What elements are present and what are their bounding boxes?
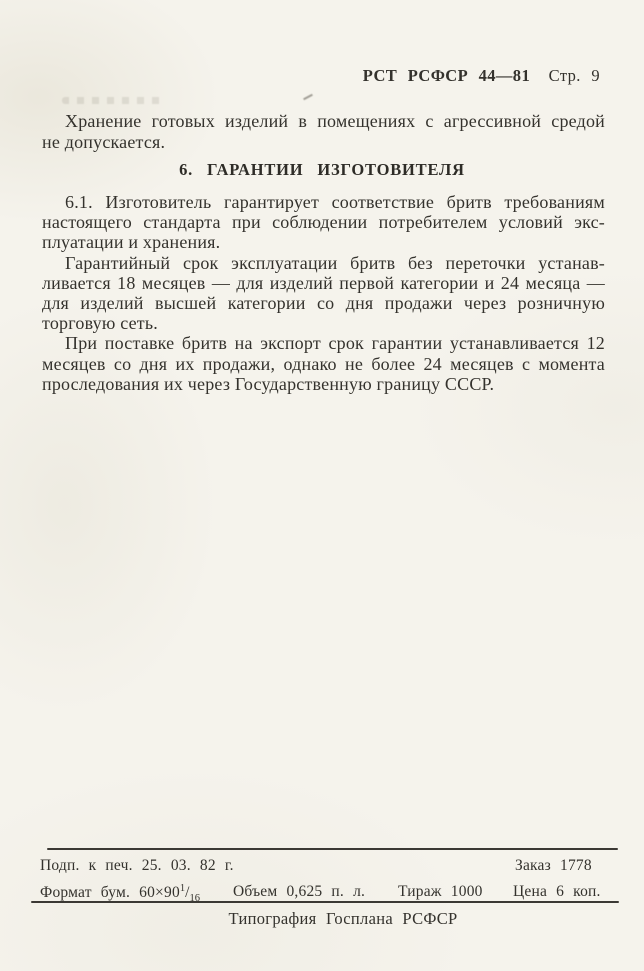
paper-format-value: 60×901/16 [139,884,200,901]
print-date: Подп. к печ. 25. 03. 82 г. [40,857,234,875]
price: Цена 6 коп. [513,883,601,901]
pencil-tick-artifact [303,94,313,100]
pencil-smudge-artifact [62,97,162,104]
paper-format-label: Формат бум. [40,884,130,901]
scanned-document-page: РСТ РСФСР 44—81 Стр. 9 Хранение готовых … [0,0,644,971]
footer-top-rule [47,848,618,850]
text-line: проследования их через Государственную г… [42,374,605,394]
footer-bottom-rule [31,901,619,903]
text-line: ливается 18 месяцев — для изделий первой… [42,273,605,293]
page-number: Стр. 9 [549,66,600,85]
order-number: Заказ 1778 [515,857,592,875]
section-heading: 6. ГАРАНТИИ ИЗГОТОВИТЕЛЯ [0,160,644,180]
warranty-section-body: 6.1. Изготовитель гарантирует соответств… [42,192,605,394]
text-line: для изделий высшей категории со дня прод… [42,293,605,313]
text-line: торговую сеть. [42,313,605,333]
text-line: Хранение готовых изделий в помещениях с … [42,111,605,132]
text-line: При поставке бритв на экспорт срок гаран… [42,333,605,353]
text-line: настоящего стандарта при соблюдении потр… [42,212,605,232]
printing-house: Типография Госплана РСФСР [21,909,644,929]
text-line: не допускается. [42,132,605,153]
print-volume: Объем 0,625 п. л. [233,883,365,901]
circulation: Тираж 1000 [398,883,483,901]
page-header: РСТ РСФСР 44—81 Стр. 9 [363,66,600,86]
text-line: Гарантийный срок эксплуатации бритв без … [42,253,605,273]
standard-reference: РСТ РСФСР 44—81 [363,66,530,85]
text-line: плуатации и хранения. [42,232,605,252]
storage-paragraph: Хранение готовых изделий в помещениях с … [42,111,605,153]
text-line: месяцев со дня их продажи, однако не бол… [42,354,605,374]
text-line: 6.1. Изготовитель гарантирует соответств… [42,192,605,212]
